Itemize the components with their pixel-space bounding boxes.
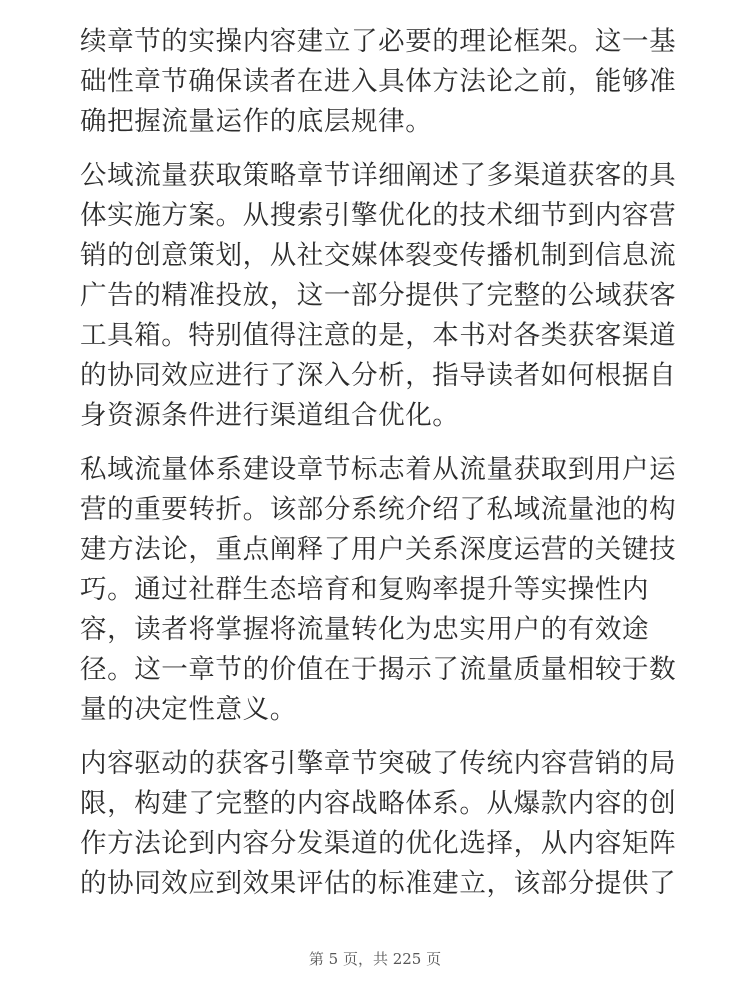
text-line: 广告的精准投放，这一部分提供了完整的公域获客 [80, 276, 680, 316]
text-line: 作方法论到内容分发渠道的优化选择，从内容矩阵 [80, 824, 680, 864]
text-line: 销的创意策划，从社交媒体裂变传播机制到信息流 [80, 236, 680, 276]
text-line: 公域流量获取策略章节详细阐述了多渠道获客的具 [80, 156, 680, 196]
text-line: 限，构建了完整的内容战略体系。从爆款内容的创 [80, 784, 680, 824]
document-page: 续章节的实操内容建立了必要的理论框架。这一基 础性章节确保读者在进入具体方法论之… [80, 22, 680, 918]
text-line: 础性章节确保读者在进入具体方法论之前，能够准 [80, 62, 680, 102]
page-number-footer: 第 5 页，共 225 页 [0, 948, 750, 969]
text-line: 营的重要转折。该部分系统介绍了私域流量池的构 [80, 490, 680, 530]
text-line: 身资源条件进行渠道组合优化。 [80, 396, 680, 436]
text-line: 续章节的实操内容建立了必要的理论框架。这一基 [80, 22, 680, 62]
text-line: 径。这一章节的价值在于揭示了流量质量相较于数 [80, 650, 680, 690]
text-line: 容，读者将掌握将流量转化为忠实用户的有效途 [80, 610, 680, 650]
text-line: 私域流量体系建设章节标志着从流量获取到用户运 [80, 450, 680, 490]
text-line: 的协同效应进行了深入分析，指导读者如何根据自 [80, 356, 680, 396]
text-line: 建方法论，重点阐释了用户关系深度运营的关键技 [80, 530, 680, 570]
text-line: 工具箱。特别值得注意的是，本书对各类获客渠道 [80, 316, 680, 356]
text-line: 内容驱动的获客引擎章节突破了传统内容营销的局 [80, 744, 680, 784]
text-line: 确把握流量运作的底层规律。 [80, 102, 680, 142]
paragraph-theory-framework: 续章节的实操内容建立了必要的理论框架。这一基 础性章节确保读者在进入具体方法论之… [80, 22, 680, 142]
paragraph-public-traffic: 公域流量获取策略章节详细阐述了多渠道获客的具 体实施方案。从搜索引擎优化的技术细… [80, 156, 680, 436]
text-line: 体实施方案。从搜索引擎优化的技术细节到内容营 [80, 196, 680, 236]
paragraph-private-traffic: 私域流量体系建设章节标志着从流量获取到用户运 营的重要转折。该部分系统介绍了私域… [80, 450, 680, 730]
text-line: 量的决定性意义。 [80, 690, 680, 730]
text-line: 的协同效应到效果评估的标准建立，该部分提供了 [80, 864, 680, 904]
text-line: 巧。通过社群生态培育和复购率提升等实操性内 [80, 570, 680, 610]
paragraph-content-engine: 内容驱动的获客引擎章节突破了传统内容营销的局 限，构建了完整的内容战略体系。从爆… [80, 744, 680, 904]
